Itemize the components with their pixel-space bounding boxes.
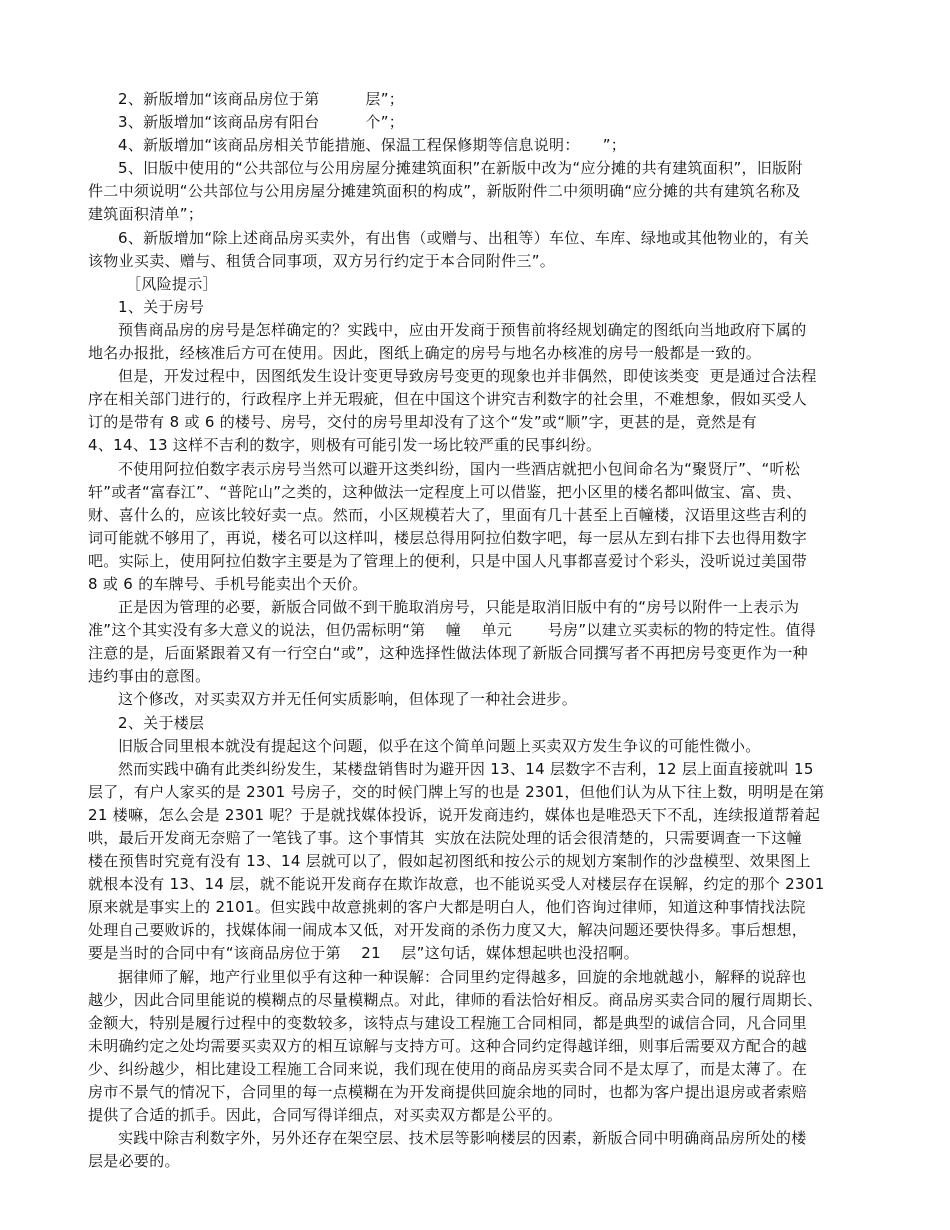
text-line: 不使用阿拉伯数字表示房号当然可以避开这类纠纷，国内一些酒店就把小包间命名为“聚贤… xyxy=(88,458,858,481)
text-line: 4、新版增加“该商品房相关节能措施、保温工程保修期等信息说明： ”； xyxy=(88,134,858,157)
text-line: 件二中须说明“公共部位与公用房屋分摊建筑面积的构成”，新版附件二中须明确“应分摊… xyxy=(88,180,858,203)
text-line: 准”这个其实没有多大意义的说法，但仍需标明“第 幢 单元 号房”以建立买卖标的物… xyxy=(88,619,858,642)
text-line: ［风险提示］ xyxy=(88,273,858,296)
text-line: 违约事由的意图。 xyxy=(88,665,858,688)
text-line: 地名办报批，经核准后方可在使用。因此，图纸上确定的房号与地名办核准的房号一般都是… xyxy=(88,342,858,365)
text-line: 轩”或者“富春江”、“普陀山”之类的，这种做法一定程度上可以借鉴，把小区里的楼名… xyxy=(88,481,858,504)
paragraph-item: 4、新版增加“该商品房相关节能措施、保温工程保修期等信息说明： ”； xyxy=(88,134,858,157)
text-line: 6、新版增加“除上述商品房买卖外，有出售（或赠与、出租等）车位、车库、绿地或其他… xyxy=(88,227,858,250)
text-line: 5、旧版中使用的“公共部位与公用房屋分摊建筑面积”在新版中改为“应分摊的共有建筑… xyxy=(88,157,858,180)
paragraph-item: 5、旧版中使用的“公共部位与公用房屋分摊建筑面积”在新版中改为“应分摊的共有建筑… xyxy=(88,157,858,226)
paragraph-item: 6、新版增加“除上述商品房买卖外，有出售（或赠与、出租等）车位、车库、绿地或其他… xyxy=(88,227,858,273)
text-line: 建筑面积清单”； xyxy=(88,203,858,226)
text-line: 未明确约定之处均需要买卖双方的相互谅解与支持方可。这种合同约定得越详细，则事后需… xyxy=(88,1035,858,1058)
text-line: 楼在预售时究竟有没有 13、14 层就可以了，假如起初图纸和按公示的规划方案制作… xyxy=(88,850,858,873)
text-line: 要是当时的合同中有“该商品房位于第 21 层”这句话，媒体想起哄也没招啊。 xyxy=(88,942,858,965)
text-line: 这个修改，对买卖双方并无任何实质影响，但体现了一种社会进步。 xyxy=(88,688,858,711)
paragraph-body: 正是因为管理的必要，新版合同做不到干脆取消房号，只能是取消旧版中有的“房号以附件… xyxy=(88,596,858,688)
text-line: 财、喜什么的，应该比较好卖一点。然而，小区规模若大了，里面有几十甚至上百幢楼，汉… xyxy=(88,504,858,527)
text-line: 预售商品房的房号是怎样确定的？实践中，应由开发商于预售前将经规划确定的图纸向当地… xyxy=(88,319,858,342)
text-line: 吧。实际上，使用阿拉伯数字主要是为了管理上的便利，只是中国人凡事都喜爱讨个彩头，… xyxy=(88,550,858,573)
text-line: 8 或 6 的车牌号、手机号能卖出个天价。 xyxy=(88,573,858,596)
text-line: 越少，因此合同里能说的模糊点的尽量模糊点。对此，律师的看法恰好相反。商品房买卖合… xyxy=(88,989,858,1012)
text-line: 1、关于房号 xyxy=(88,296,858,319)
paragraph-item: 2、新版增加“该商品房位于第 层”； xyxy=(88,88,858,111)
text-line: 4、14、13 这样不吉利的数字，则极有可能引发一场比较严重的民事纠纷。 xyxy=(88,434,858,457)
text-line: 旧版合同里根本就没有提起这个问题，似乎在这个简单问题上买卖双方发生争议的可能性微… xyxy=(88,735,858,758)
text-line: 少、纠纷越少，相比建设工程施工合同来说，我们现在使用的商品房买卖合同不是太厚了，… xyxy=(88,1058,858,1081)
text-line: 但是，开发过程中，因图纸发生设计变更导致房号变更的现象也并非偶然，即使该类变 更… xyxy=(88,365,858,388)
text-line: 订的是带有 8 或 6 的楼号、房号，交付的房号里却没有了这个“发”或“顺”字，… xyxy=(88,411,858,434)
document-page: 2、新版增加“该商品房位于第 层”；3、新版增加“该商品房有阳台 个”；4、新版… xyxy=(88,88,858,1173)
text-line: 房市不景气的情况下，合同里的每一点模糊在为开发商提供回旋余地的同时，也都为客户提… xyxy=(88,1081,858,1104)
paragraph-subheading: 2、关于楼层 xyxy=(88,712,858,735)
text-line: 词可能就不够用了，再说，楼名可以这样叫，楼层总得用阿拉伯数字吧，每一层从左到右排… xyxy=(88,527,858,550)
text-line: 层是必要的。 xyxy=(88,1150,858,1173)
text-line: 该物业买卖、赠与、租赁合同事项，双方另行约定于本合同附件三”。 xyxy=(88,250,858,273)
text-line: 然而实践中确有此类纠纷发生，某楼盘销售时为避开因 13、14 层数字不吉利，12… xyxy=(88,758,858,781)
text-line: 层了，有户人家买的是 2301 号房子，交的时候门牌上写的也是 2301，但他们… xyxy=(88,781,858,804)
text-line: 注意的是，后面紧跟着又有一行空白“或”，这种选择性做法体现了新版合同撰写者不再把… xyxy=(88,642,858,665)
paragraph-subheading: 1、关于房号 xyxy=(88,296,858,319)
text-line: 原来就是事实上的 2101。但实践中故意挑刺的客户大都是明白人，他们咨询过律师，… xyxy=(88,896,858,919)
text-line: 正是因为管理的必要，新版合同做不到干脆取消房号，只能是取消旧版中有的“房号以附件… xyxy=(88,596,858,619)
text-line: 哄，最后开发商无奈赔了一笔钱了事。这个事情其 实放在法院处理的话会很清楚的，只需… xyxy=(88,827,858,850)
text-line: 就根本没有 13、14 层，就不能说开发商存在欺诈故意，也不能说买受人对楼层存在… xyxy=(88,873,858,896)
text-line: 据律师了解，地产行业里似乎有这种一种误解：合同里约定得越多，回旋的余地就越小，解… xyxy=(88,966,858,989)
paragraph-body: 据律师了解，地产行业里似乎有这种一种误解：合同里约定得越多，回旋的余地就越小，解… xyxy=(88,966,858,1128)
text-line: 2、关于楼层 xyxy=(88,712,858,735)
text-line: 提供了合适的抓手。因此，合同写得详细点，对买卖双方都是公平的。 xyxy=(88,1104,858,1127)
paragraph-body: 这个修改，对买卖双方并无任何实质影响，但体现了一种社会进步。 xyxy=(88,688,858,711)
paragraph-body: 但是，开发过程中，因图纸发生设计变更导致房号变更的现象也并非偶然，即使该类变 更… xyxy=(88,365,858,457)
text-line: 2、新版增加“该商品房位于第 层”； xyxy=(88,88,858,111)
paragraph-body: 然而实践中确有此类纠纷发生，某楼盘销售时为避开因 13、14 层数字不吉利，12… xyxy=(88,758,858,966)
text-line: 序在相关部门进行的，行政程序上并无瑕疵，但在中国这个讲究吉利数字的社会里，不难想… xyxy=(88,388,858,411)
text-line: 处理自己要败诉的，找媒体闹一闹成本又低，对开发商的杀伤力度又大，解决问题还要快得… xyxy=(88,919,858,942)
text-line: 金额大，特别是履行过程中的变数较多，该特点与建设工程施工合同相同，都是典型的诚信… xyxy=(88,1012,858,1035)
paragraph-body: 不使用阿拉伯数字表示房号当然可以避开这类纠纷，国内一些酒店就把小包间命名为“聚贤… xyxy=(88,458,858,597)
text-line: 3、新版增加“该商品房有阳台 个”； xyxy=(88,111,858,134)
text-line: 实践中除吉利数字外，另外还存在架空层、技术层等影响楼层的因素，新版合同中明确商品… xyxy=(88,1127,858,1150)
paragraph-item: 3、新版增加“该商品房有阳台 个”； xyxy=(88,111,858,134)
paragraph-heading: ［风险提示］ xyxy=(88,273,858,296)
paragraph-body: 旧版合同里根本就没有提起这个问题，似乎在这个简单问题上买卖双方发生争议的可能性微… xyxy=(88,735,858,758)
text-line: 21 楼嘛，怎么会是 2301 呢？于是就找媒体投诉，说开发商违约，媒体也是唯恐… xyxy=(88,804,858,827)
paragraph-body: 预售商品房的房号是怎样确定的？实践中，应由开发商于预售前将经规划确定的图纸向当地… xyxy=(88,319,858,365)
paragraph-body: 实践中除吉利数字外，另外还存在架空层、技术层等影响楼层的因素，新版合同中明确商品… xyxy=(88,1127,858,1173)
